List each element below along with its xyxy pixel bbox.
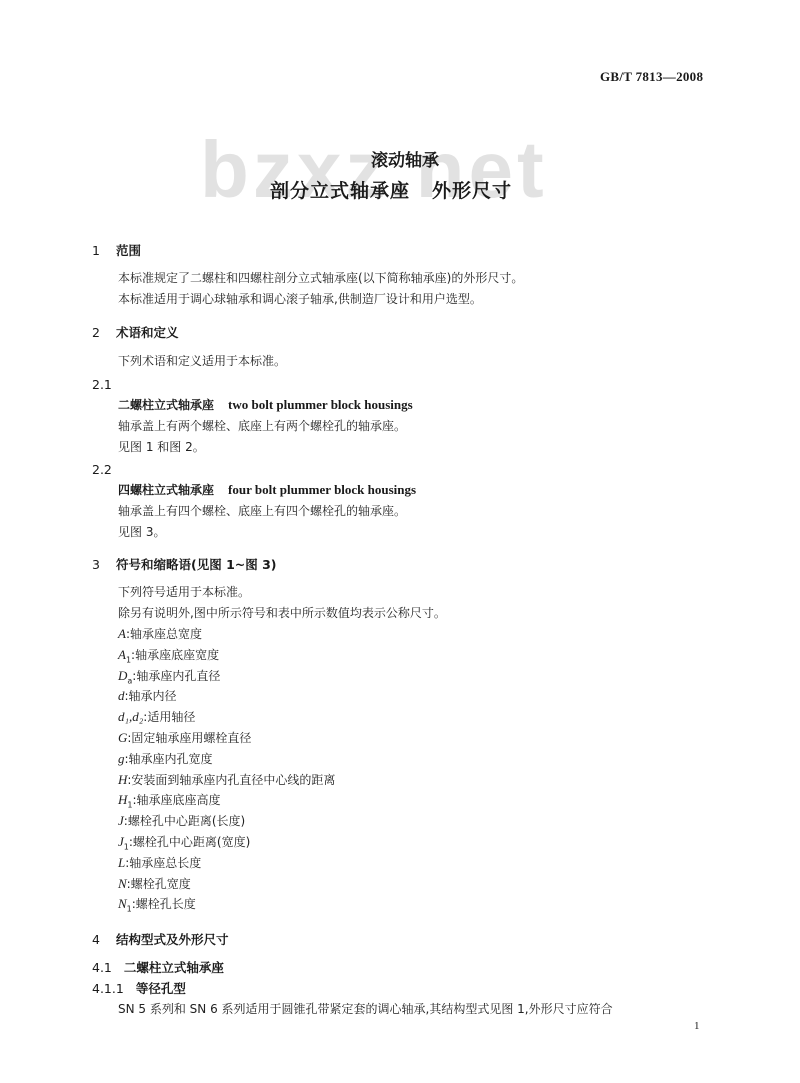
section-4-1-heading: 4.1二螺柱立式轴承座: [92, 958, 224, 976]
symbol: d₁,d₂: [118, 709, 143, 724]
page-number: 1: [694, 1020, 700, 1032]
symbol-item: d₁,d₂:适用轴径: [118, 708, 195, 725]
section-1-para-1: 本标准规定了二螺柱和四螺柱剖分立式轴承座(以下简称轴承座)的外形尺寸。: [118, 269, 523, 286]
symbol: G: [118, 730, 127, 745]
symbol: H: [118, 792, 127, 807]
symbol-item: g:轴承座内孔宽度: [118, 750, 213, 767]
symbol-description: :轴承座内孔直径: [132, 669, 220, 683]
section-4-1-1-paragraph: SN 5 系列和 SN 6 系列适用于圆锥孔带紧定套的调心轴承,其结构型式见图 …: [118, 1000, 613, 1017]
section-3-intro-2: 除另有说明外,图中所示符号和表中所示数值均表示公称尺寸。: [118, 604, 446, 621]
document-title-line1: 滚动轴承: [0, 146, 800, 171]
symbol-description: :螺栓孔中心距离(长度): [124, 814, 245, 828]
symbol-description: :轴承座底座高度: [132, 793, 220, 807]
section-2-intro: 下列术语和定义适用于本标准。: [118, 352, 286, 369]
symbol-description: :螺栓孔中心距离(宽度): [129, 835, 250, 849]
symbol-item: J:螺栓孔中心距离(长度): [118, 812, 245, 829]
symbol-description: :安装面到轴承座内孔直径中心线的距离: [127, 773, 335, 787]
term-2-1-note: 见图 1 和图 2。: [118, 438, 205, 455]
section-1-heading: 1范围: [92, 241, 141, 259]
term-2-1-number: 2.1: [92, 377, 112, 392]
term-2-1-title: 二螺柱立式轴承座two bolt plummer block housings: [118, 396, 413, 413]
symbol-description: :螺栓孔宽度: [127, 877, 191, 891]
section-4-1-1-heading: 4.1.1等径孔型: [92, 979, 186, 997]
symbol-description: :轴承座内孔宽度: [125, 752, 213, 766]
term-2-2-definition: 轴承盖上有四个螺栓、底座上有四个螺栓孔的轴承座。: [118, 502, 406, 519]
symbol: A: [118, 647, 126, 662]
symbol-item: N1:螺栓孔长度: [118, 895, 196, 913]
section-1-para-2: 本标准适用于调心球轴承和调心滚子轴承,供制造厂设计和用户选型。: [118, 290, 482, 307]
section-4-heading: 4结构型式及外形尺寸: [92, 930, 229, 948]
symbol: N: [118, 896, 127, 911]
symbol-description: :轴承座总长度: [125, 856, 201, 870]
symbol-item: A1:轴承座底座宽度: [118, 646, 219, 664]
symbol-item: G:固定轴承座用螺栓直径: [118, 729, 251, 746]
symbol: H: [118, 772, 127, 787]
symbol-description: :螺栓孔长度: [132, 897, 196, 911]
document-title-line2: 剖分立式轴承座外形尺寸: [270, 176, 512, 203]
symbol: D: [118, 668, 127, 683]
standard-code: GB/T 7813—2008: [600, 69, 703, 85]
section-3-intro-1: 下列符号适用于本标准。: [118, 583, 250, 600]
symbol-item: Da:轴承座内孔直径: [118, 667, 220, 685]
symbol-item: d:轴承内径: [118, 687, 177, 704]
symbol-description: :轴承座总宽度: [126, 627, 202, 641]
term-2-2-title: 四螺柱立式轴承座four bolt plummer block housings: [118, 481, 416, 498]
term-2-1-definition: 轴承盖上有两个螺栓、底座上有两个螺栓孔的轴承座。: [118, 417, 406, 434]
symbol-item: H1:轴承座底座高度: [118, 791, 221, 809]
symbol: N: [118, 876, 127, 891]
section-2-heading: 2术语和定义: [92, 323, 179, 341]
term-2-2-number: 2.2: [92, 462, 112, 477]
section-3-heading: 3符号和缩略语(见图 1~图 3): [92, 555, 277, 573]
symbol-item: L:轴承座总长度: [118, 854, 201, 871]
title-part2: 外形尺寸: [432, 180, 512, 202]
symbol-item: A:轴承座总宽度: [118, 625, 202, 642]
symbol-description: :轴承座底座宽度: [131, 648, 219, 662]
symbol-item: N:螺栓孔宽度: [118, 875, 191, 892]
symbol-description: :固定轴承座用螺栓直径: [127, 731, 251, 745]
symbol-description: :轴承内径: [125, 689, 177, 703]
term-2-2-note: 见图 3。: [118, 523, 165, 540]
symbol-item: H:安装面到轴承座内孔直径中心线的距离: [118, 771, 335, 788]
symbol: A: [118, 626, 126, 641]
symbol-item: J1:螺栓孔中心距离(宽度): [118, 833, 250, 851]
symbol-description: :适用轴径: [143, 710, 195, 724]
title-part1: 剖分立式轴承座: [270, 180, 410, 202]
